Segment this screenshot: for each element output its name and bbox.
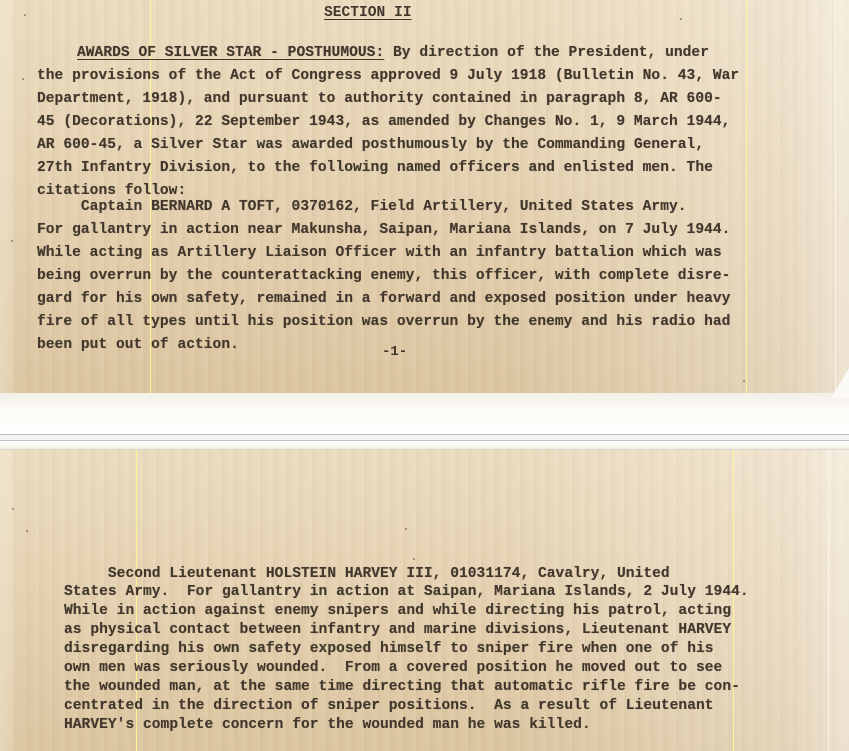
citation-line: Second Lieutenant HOLSTEIN HARVEY III, 0…	[64, 565, 670, 583]
citation-line: gard for his own safety, remained in a f…	[37, 290, 730, 308]
paper-speck	[680, 18, 682, 20]
document-page-2: Second Lieutenant HOLSTEIN HARVEY III, 0…	[0, 450, 849, 751]
paper-speck	[405, 528, 407, 530]
citation-line: Captain BERNARD A TOFT, 0370162, Field A…	[37, 198, 687, 216]
scan-artifact-line	[828, 450, 829, 751]
paper-speck	[22, 78, 24, 80]
intro-line: 27th Infantry Division, to the following…	[37, 159, 713, 177]
citation-line: fire of all types until his position was…	[37, 313, 730, 331]
intro-line: 45 (Decorations), 22 September 1943, as …	[37, 113, 730, 131]
citation-line: centrated in the direction of sniper pos…	[64, 697, 714, 715]
section-title: SECTION II	[324, 4, 412, 22]
paper-speck	[11, 240, 13, 242]
citation-line: While in action against enemy snipers an…	[64, 602, 731, 620]
paper-speck	[24, 14, 26, 16]
scan-artifact-line	[746, 0, 747, 395]
paper-speck	[12, 508, 14, 510]
page-fold	[831, 368, 849, 398]
page-number: -1-	[382, 344, 407, 360]
citation-line: States Army. For gallantry in action at …	[64, 583, 749, 601]
citation-line: the wounded man, at the same time direct…	[64, 678, 740, 696]
page-separator	[0, 434, 849, 441]
award-heading: AWARDS OF SILVER STAR - POSTHUMOUS:	[77, 45, 384, 61]
intro-line: By direction of the President, under	[384, 45, 709, 61]
citation-line: as physical contact between infantry and…	[64, 621, 731, 639]
paper-speck	[413, 558, 415, 560]
citation-line: own men was seriously wounded. From a co…	[64, 659, 722, 677]
scan-artifact-line	[835, 0, 836, 395]
document-page-1: SECTION II AWARDS OF SILVER STAR - POSTH…	[0, 0, 849, 395]
citation-line: disregarding his own safety exposed hims…	[64, 640, 714, 658]
citation-line: HARVEY's complete concern for the wounde…	[64, 716, 591, 734]
intro-line: AR 600-45, a Silver Star was awarded pos…	[37, 136, 704, 154]
award-heading-paragraph: AWARDS OF SILVER STAR - POSTHUMOUS: By d…	[77, 44, 709, 62]
paper-speck	[26, 530, 28, 532]
intro-line: the provisions of the Act of Congress ap…	[37, 67, 739, 85]
citation-line: While acting as Artillery Liaison Office…	[37, 244, 722, 262]
citation-line: been put out of action.	[37, 336, 239, 354]
page-1-bottom-margin	[0, 393, 849, 434]
citation-line: For gallantry in action near Makunsha, S…	[37, 221, 730, 239]
paper-speck	[743, 380, 745, 382]
intro-line: Department, 1918), and pursuant to autho…	[37, 90, 722, 108]
citation-line: being overrun by the counterattacking en…	[37, 267, 730, 285]
